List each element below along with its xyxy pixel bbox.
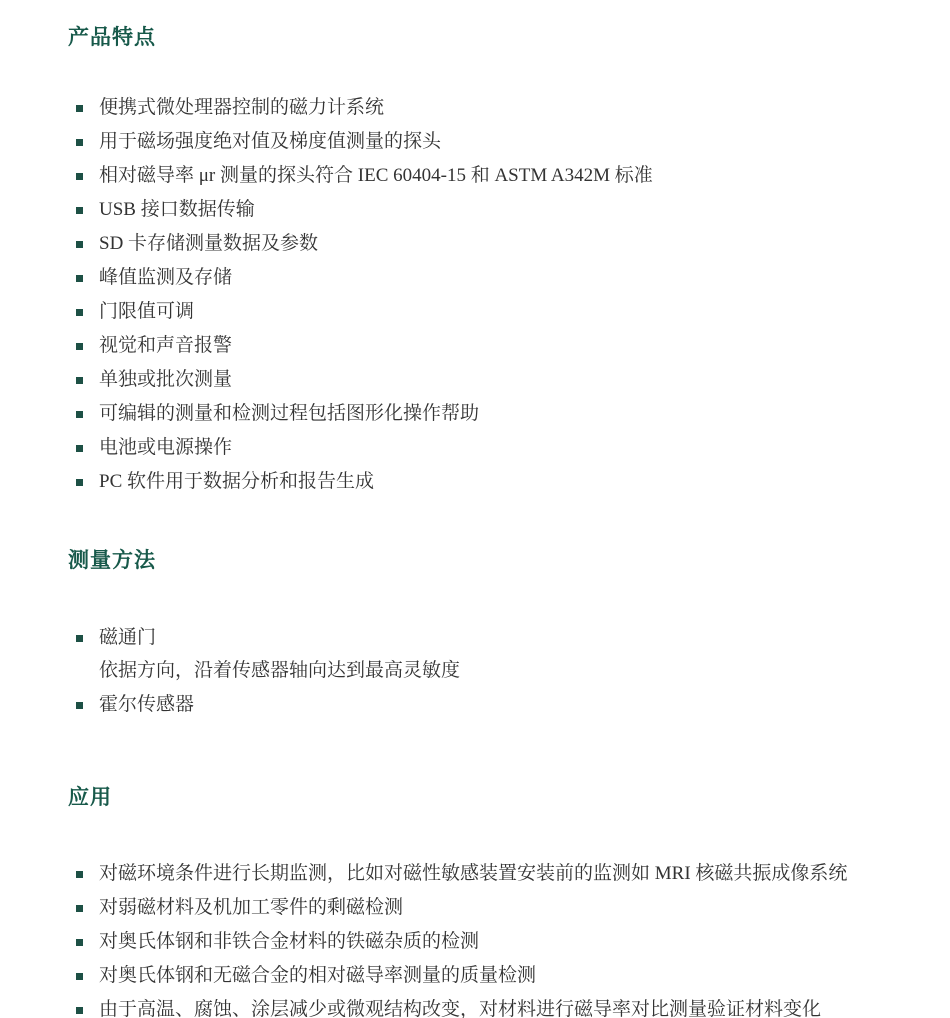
list-item: 视觉和声音报警: [68, 335, 910, 357]
section-applications: 应用 对磁环境条件进行长期监测，比如对磁性敏感装置安装前的监测如 MRI 核磁共…: [68, 785, 910, 1018]
list-item-text: 单独或批次测量: [99, 369, 232, 390]
list-item: 磁通门 依据方向，沿着传感器轴向达到最高灵敏度: [68, 627, 910, 682]
list-item: 对奥氏体钢和非铁合金材料的铁磁杂质的检测: [68, 931, 910, 953]
feature-list: 便携式微处理器控制的磁力计系统 用于磁场强度绝对值及梯度值测量的探头 相对磁导率…: [68, 97, 910, 493]
bullet-square-icon: [76, 939, 83, 946]
method-list: 磁通门 依据方向，沿着传感器轴向达到最高灵敏度 霍尔传感器: [68, 627, 910, 716]
list-item: 电池或电源操作: [68, 437, 910, 459]
bullet-square-icon: [76, 973, 83, 980]
list-item-subtext: 依据方向，沿着传感器轴向达到最高灵敏度: [99, 660, 910, 682]
list-item-text: 门限值可调: [99, 301, 194, 322]
list-item: 用于磁场强度绝对值及梯度值测量的探头: [68, 131, 910, 153]
bullet-square-icon: [76, 377, 83, 384]
bullet-square-icon: [76, 871, 83, 878]
bullet-square-icon: [76, 105, 83, 112]
bullet-square-icon: [76, 1007, 83, 1014]
bullet-square-icon: [76, 275, 83, 282]
list-item: USB 接口数据传输: [68, 199, 910, 221]
list-item: 便携式微处理器控制的磁力计系统: [68, 97, 910, 119]
list-item: 对磁环境条件进行长期监测，比如对磁性敏感装置安装前的监测如 MRI 核磁共振成像…: [68, 863, 910, 885]
list-item: 可编辑的测量和检测过程包括图形化操作帮助: [68, 403, 910, 425]
list-item-text: 可编辑的测量和检测过程包括图形化操作帮助: [99, 403, 479, 424]
section-product-features: 产品特点 便携式微处理器控制的磁力计系统 用于磁场强度绝对值及梯度值测量的探头 …: [68, 25, 910, 493]
list-item-text: 对磁环境条件进行长期监测，比如对磁性敏感装置安装前的监测如 MRI 核磁共振成像…: [99, 863, 847, 884]
list-item: 相对磁导率 μr 测量的探头符合 IEC 60404-15 和 ASTM A34…: [68, 165, 910, 187]
list-item: SD 卡存储测量数据及参数: [68, 233, 910, 255]
bullet-square-icon: [76, 241, 83, 248]
list-item-text: 对奥氏体钢和无磁合金的相对磁导率测量的质量检测: [99, 965, 536, 986]
list-item-text: 霍尔传感器: [99, 694, 194, 715]
bullet-square-icon: [76, 173, 83, 180]
list-item-text: 磁通门: [99, 627, 156, 648]
list-item: 由于高温、腐蚀、涂层减少或微观结构改变，对材料进行磁导率对比测量验证材料变化: [68, 999, 910, 1018]
list-item: 对奥氏体钢和无磁合金的相对磁导率测量的质量检测: [68, 965, 910, 987]
list-item: 峰值监测及存储: [68, 267, 910, 289]
list-item-text: USB 接口数据传输: [99, 199, 255, 220]
list-item: PC 软件用于数据分析和报告生成: [68, 471, 910, 493]
list-item-text: 用于磁场强度绝对值及梯度值测量的探头: [99, 131, 441, 152]
section-title-product-features: 产品特点: [68, 25, 910, 49]
list-item-text: 相对磁导率 μr 测量的探头符合 IEC 60404-15 和 ASTM A34…: [99, 165, 653, 186]
bullet-square-icon: [76, 343, 83, 350]
list-item: 门限值可调: [68, 301, 910, 323]
list-item-text: 由于高温、腐蚀、涂层减少或微观结构改变，对材料进行磁导率对比测量验证材料变化: [99, 999, 821, 1018]
list-item: 对弱磁材料及机加工零件的剩磁检测: [68, 897, 910, 919]
section-measurement-methods: 测量方法 磁通门 依据方向，沿着传感器轴向达到最高灵敏度 霍尔传感器: [68, 548, 910, 716]
bullet-square-icon: [76, 635, 83, 642]
section-title-measurement-methods: 测量方法: [68, 548, 910, 572]
list-item-text: 对奥氏体钢和非铁合金材料的铁磁杂质的检测: [99, 931, 479, 952]
list-item-text: 峰值监测及存储: [99, 267, 232, 288]
list-item-text: SD 卡存储测量数据及参数: [99, 233, 318, 254]
list-item-text: 便携式微处理器控制的磁力计系统: [99, 97, 384, 118]
document-page: 产品特点 便携式微处理器控制的磁力计系统 用于磁场强度绝对值及梯度值测量的探头 …: [0, 0, 950, 1018]
bullet-square-icon: [76, 479, 83, 486]
bullet-square-icon: [76, 139, 83, 146]
list-item: 霍尔传感器: [68, 694, 910, 716]
list-item-text: 视觉和声音报警: [99, 335, 232, 356]
list-item-text: PC 软件用于数据分析和报告生成: [99, 471, 374, 492]
list-item: 单独或批次测量: [68, 369, 910, 391]
bullet-square-icon: [76, 207, 83, 214]
bullet-square-icon: [76, 445, 83, 452]
bullet-square-icon: [76, 411, 83, 418]
bullet-square-icon: [76, 309, 83, 316]
list-item-text: 对弱磁材料及机加工零件的剩磁检测: [99, 897, 403, 918]
bullet-square-icon: [76, 905, 83, 912]
application-list: 对磁环境条件进行长期监测，比如对磁性敏感装置安装前的监测如 MRI 核磁共振成像…: [68, 863, 910, 1018]
list-item-text: 电池或电源操作: [99, 437, 232, 458]
section-title-applications: 应用: [68, 785, 910, 809]
bullet-square-icon: [76, 702, 83, 709]
